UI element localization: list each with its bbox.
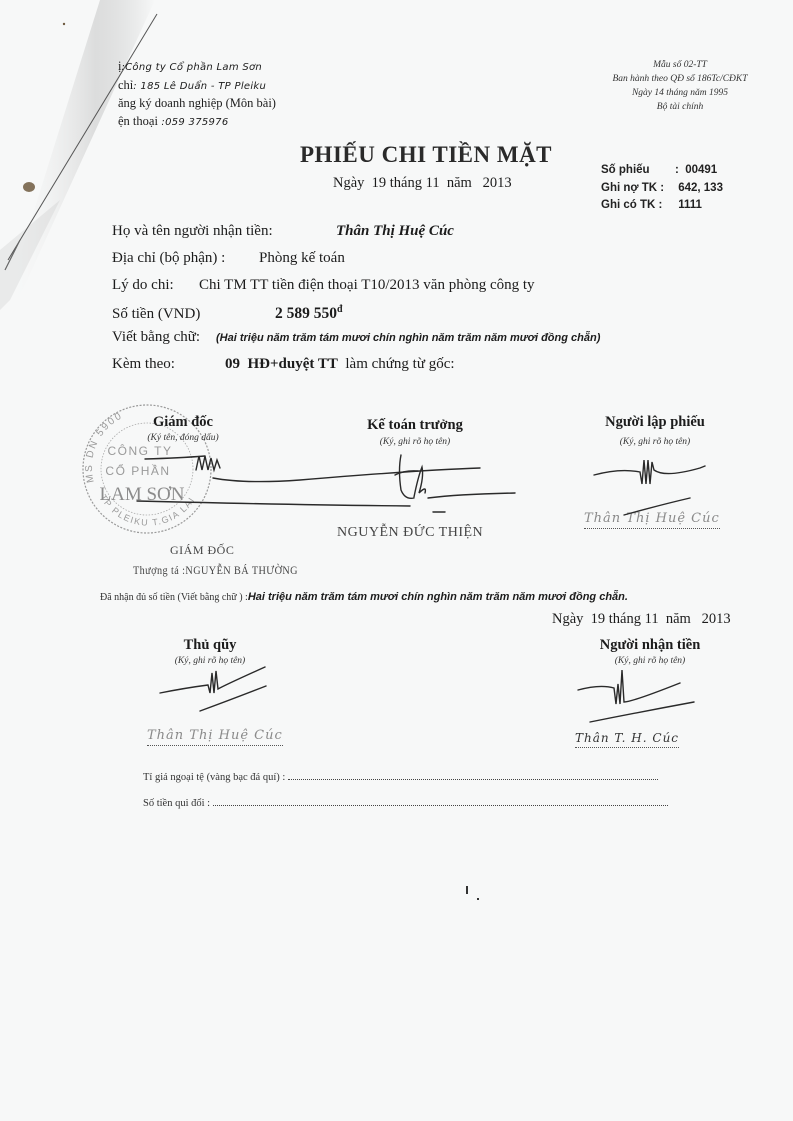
receiver-name: Thân T. H. Cúc (575, 731, 679, 748)
cashier-name: Thân Thị Huệ Cúc (147, 728, 283, 746)
scan-speck (466, 886, 468, 894)
received-words: Hai triệu năm trăm tám mươi chín nghìn n… (248, 591, 628, 603)
fx-rate-label: Tỉ giá ngoại tệ (vàng bạc đá quí) : (143, 772, 285, 783)
cashier-note: (Ký, ghi rõ họ tên) (150, 656, 270, 666)
cashier-title: Thủ qũy (150, 637, 270, 654)
fx-rate-row: Tỉ giá ngoại tệ (vàng bạc đá quí) : (143, 771, 658, 783)
scan-speck (477, 898, 479, 900)
received-row: Đã nhận đủ số tiền (Viết bằng chữ ) :Hai… (100, 591, 628, 603)
receiver-title: Người nhận tiền (580, 637, 720, 654)
fx-rate-field[interactable] (288, 771, 658, 780)
converted-amount-row: Số tiền qui đổi : (143, 797, 668, 809)
signature-strokes-top (0, 0, 793, 1121)
received-date: Ngày 19 tháng 11 năm 2013 (552, 611, 731, 628)
receiver-note: (Ký, ghi rõ họ tên) (580, 656, 720, 666)
received-label: Đã nhận đủ số tiền (Viết bằng chữ ) : (100, 592, 248, 603)
converted-amount-label: Số tiền qui đổi : (143, 798, 210, 809)
converted-amount-field[interactable] (213, 797, 668, 806)
